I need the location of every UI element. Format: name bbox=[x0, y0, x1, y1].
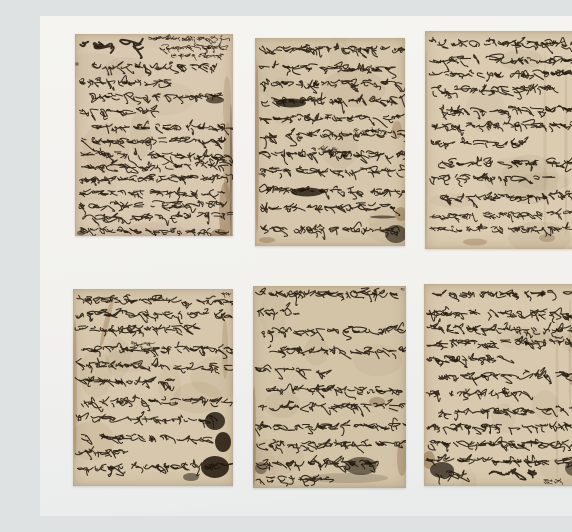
manuscript-page-2 bbox=[255, 38, 405, 246]
manuscript-page-3 bbox=[425, 31, 572, 249]
manuscript-page-6 bbox=[424, 284, 572, 486]
manuscript-page-1 bbox=[75, 34, 233, 236]
manuscript-page-4 bbox=[73, 289, 233, 486]
manuscript-page-5 bbox=[253, 286, 406, 488]
manuscript-photo bbox=[40, 16, 572, 516]
